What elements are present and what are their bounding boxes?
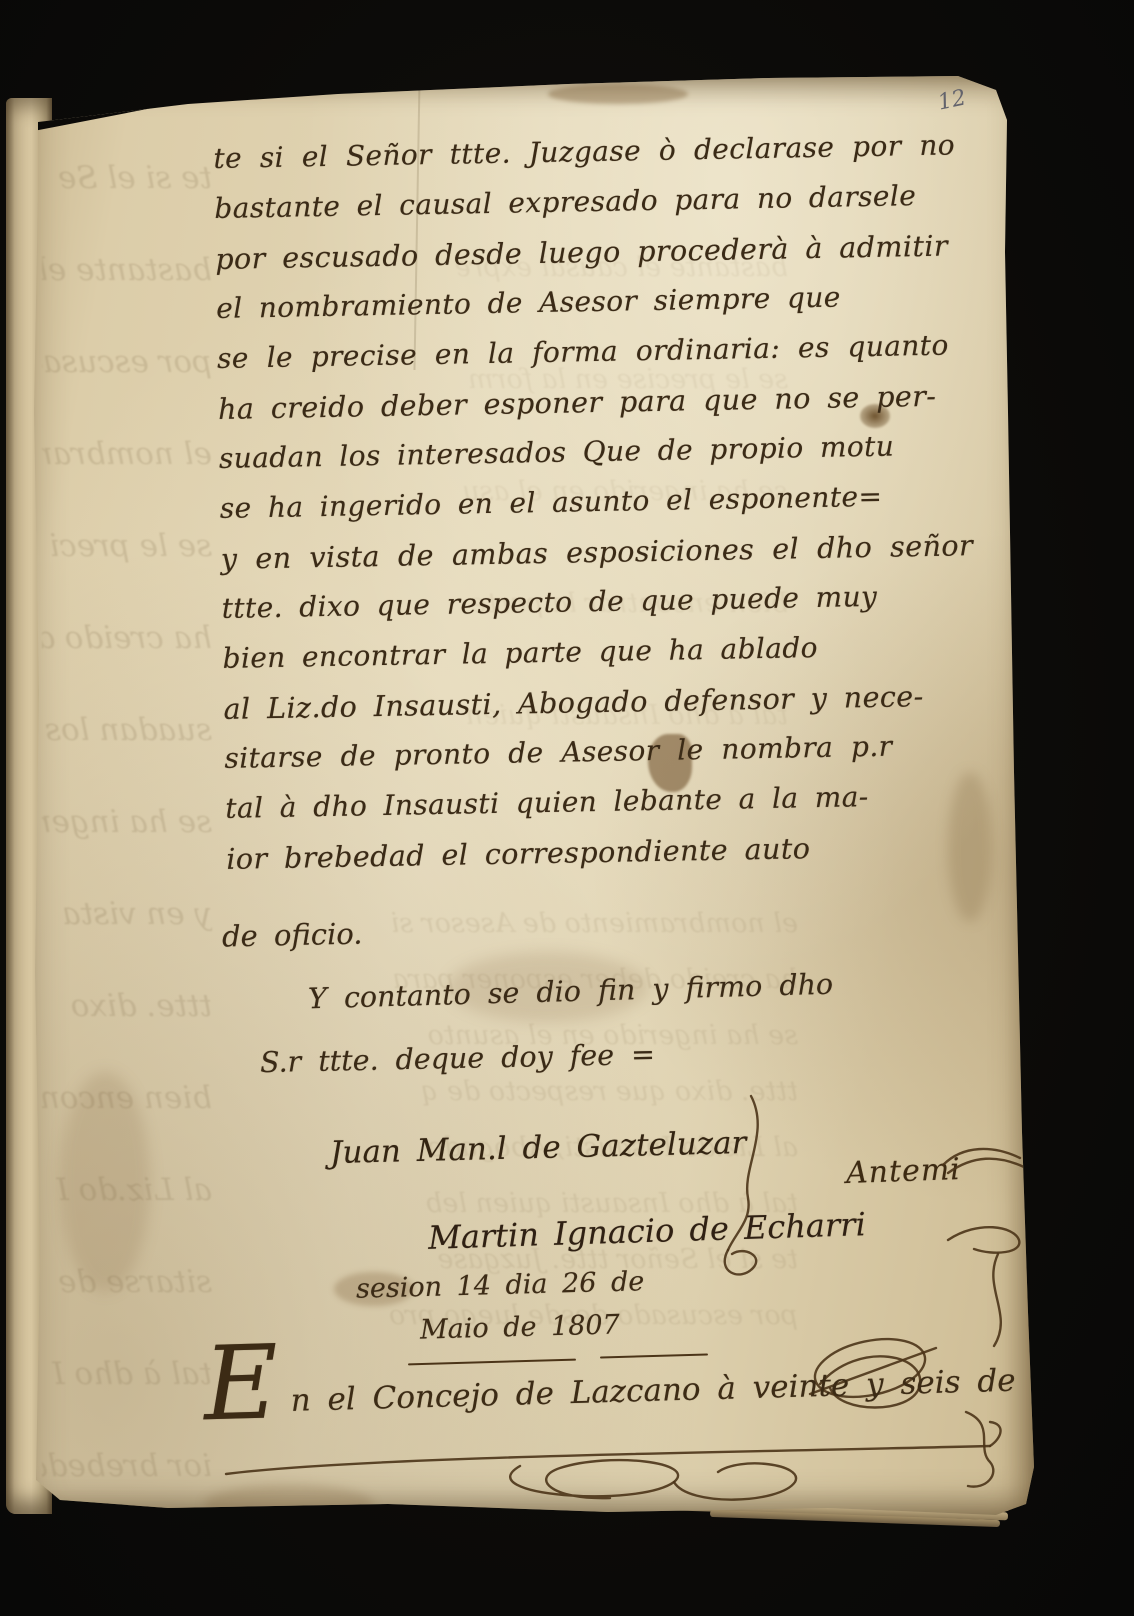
marginal-session-note-line1: sesion 14 dia 26 de (356, 1266, 645, 1305)
de-oficio-line: de oficio. (222, 917, 363, 954)
bleed-through-line: suadan los (42, 712, 212, 748)
bleed-through-line: sitarse de (42, 1264, 212, 1300)
bleed-through-line: te si el Se (42, 160, 212, 196)
bleed-through-line: y en vista (42, 896, 212, 932)
bleed-through-line: ttte. dixo (42, 988, 212, 1024)
bleed-through-line: se ha inger (42, 804, 212, 840)
ink-stain (548, 84, 688, 104)
signature-gazteluzar: Juan Man.l de Gazteluzar (330, 1125, 747, 1171)
decorative-initial: E (204, 1383, 278, 1385)
bleed-through-line: bien encont (42, 1080, 212, 1116)
manuscript-page: bastante el causal exprese le precise en… (8, 72, 1038, 1522)
bleed-through-line: tal à dho I (42, 1356, 212, 1392)
bottom-flourish (218, 1410, 1018, 1525)
bleed-through-line: se le preci (42, 528, 212, 564)
manuscript-body: te si el Señor ttte. Juzgase ò declarase… (213, 120, 979, 884)
bleed-through-line: el nombrami (42, 436, 212, 472)
bleed-through-line: bastante el (42, 252, 212, 288)
bleed-through-line: al Liz.do I (42, 1172, 212, 1208)
foxing-stain (60, 1072, 150, 1292)
marginal-session-note-line2: Maio de 1807 (420, 1309, 621, 1345)
ante-mi-flourish (938, 1140, 1033, 1185)
backdrop-corner-flap (8, 72, 338, 136)
bleed-through-line: ha creido d (42, 620, 212, 656)
closing-line-2: S.r ttte. deque doy fee = (260, 1038, 656, 1079)
signature-rubric-gazteluzar (696, 1088, 786, 1298)
folio-number: 12 (936, 85, 969, 115)
closing-line-1: Y contanto se dio fin y firmo dho (308, 968, 834, 1016)
underline-stroke (600, 1353, 708, 1358)
bleed-through-line: por escusad (42, 344, 212, 380)
underline-stroke (408, 1359, 576, 1366)
photograph-backdrop: bastante el causal exprese le precise en… (0, 0, 1134, 1616)
bleed-through-line: ior brebeda (42, 1448, 212, 1484)
